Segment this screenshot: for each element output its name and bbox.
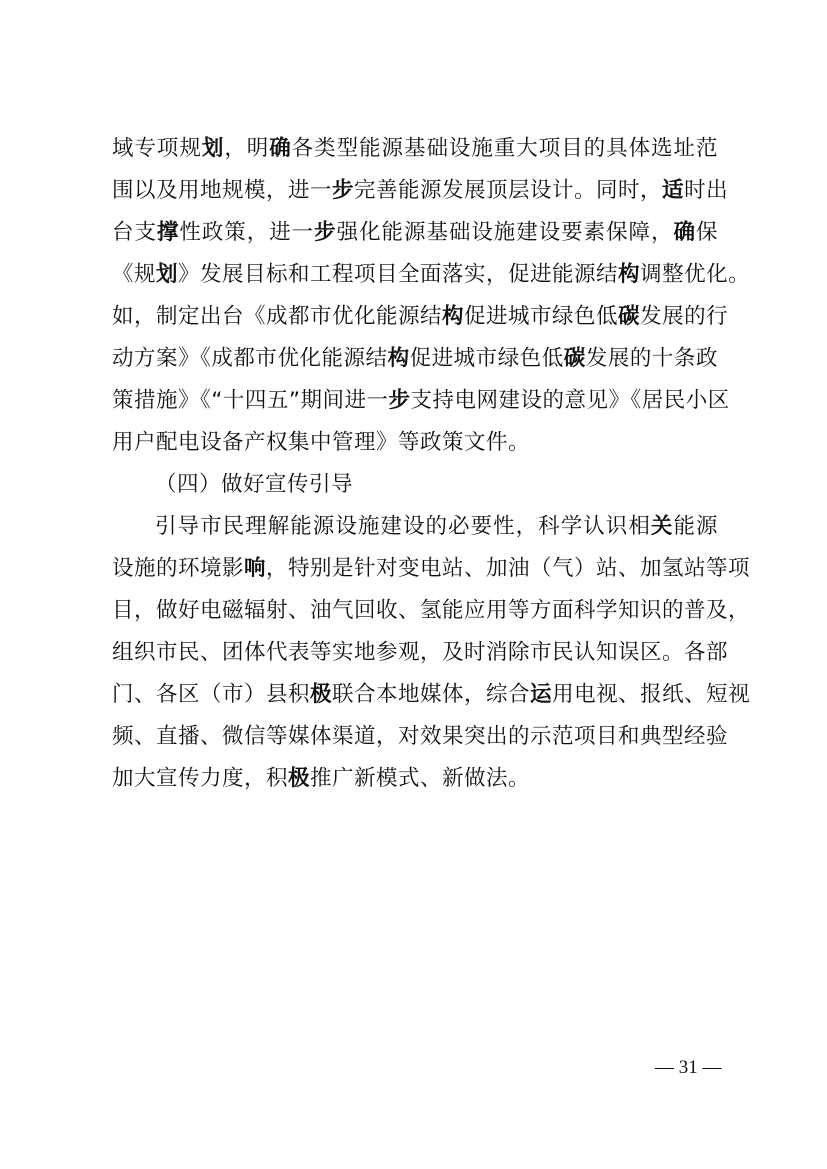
text-segment: 极 bbox=[310, 682, 332, 707]
text-segment: 划 bbox=[156, 262, 178, 287]
text-segment: 如，制定出台《成都市优化能源结 bbox=[112, 304, 442, 329]
text-segment: 构 bbox=[388, 346, 410, 371]
text-line: 组织市民、团体代表等实地参观，及时消除市民认知误区。各部 bbox=[112, 632, 718, 674]
text-segment: 调整优化。 bbox=[640, 262, 750, 287]
text-segment: 适 bbox=[662, 178, 684, 203]
text-segment: 构 bbox=[618, 262, 640, 287]
text-segment: 运 bbox=[530, 682, 552, 707]
text-segment: 门、各区（市）县积 bbox=[112, 682, 310, 707]
text-segment: 时出 bbox=[684, 178, 728, 203]
text-segment: 发展的十条政 bbox=[586, 346, 718, 371]
text-segment: （四）做好宣传引导 bbox=[155, 472, 353, 497]
text-segment: 保 bbox=[696, 220, 718, 245]
text-segment: 围以及用地规模，进一 bbox=[112, 178, 332, 203]
text-segment: 划 bbox=[202, 136, 224, 161]
page-number: — 31 — bbox=[655, 1057, 722, 1079]
document-page: 域专项规划，明确各类型能源基础设施重大项目的具体选址范围以及用地规模，进一步完善… bbox=[0, 0, 827, 1169]
text-segment: 目，做好电磁辐射、油气回收、氢能应用等方面科学知识的普及， bbox=[112, 598, 750, 623]
text-segment: 完善能源发展顶层设计。同时， bbox=[354, 178, 662, 203]
text-segment: 促进城市绿色低 bbox=[464, 304, 618, 329]
text-segment: 动方案》《成都市优化能源结 bbox=[112, 346, 388, 371]
text-segment: 组织市民、团体代表等实地参观，及时消除市民认知误区。各部 bbox=[112, 640, 728, 665]
text-line: 加大宣传力度，积极推广新模式、新做法。 bbox=[112, 758, 718, 800]
text-line: 引导市民理解能源设施建设的必要性，科学认识相关能源 bbox=[112, 506, 718, 548]
text-segment: 加大宣传力度，积 bbox=[112, 766, 288, 791]
text-segment: 引导市民理解能源设施建设的必要性，科学认识相 bbox=[155, 514, 651, 539]
text-line: 如，制定出台《成都市优化能源结构促进城市绿色低碳发展的行 bbox=[112, 296, 718, 338]
text-segment: 用户配电设备产权集中管理》等政策文件。 bbox=[112, 430, 530, 455]
text-segment: 响 bbox=[244, 556, 266, 581]
text-segment: 策措施》《“十四五”期间进一 bbox=[112, 388, 389, 413]
text-segment: 强化能源基础设施建设要素保障， bbox=[337, 220, 674, 245]
text-segment: 频、直播、微信等媒体渠道，对效果突出的示范项目和典型经验 bbox=[112, 724, 728, 749]
text-line: 设施的环境影响，特别是针对变电站、加油（气）站、加氢站等项 bbox=[112, 548, 718, 590]
text-segment: 碳 bbox=[618, 304, 640, 329]
text-segment: 促进城市绿色低 bbox=[410, 346, 564, 371]
text-segment: 确 bbox=[269, 136, 291, 161]
text-segment: 用电视、报纸、短视 bbox=[552, 682, 750, 707]
text-segment: 碳 bbox=[564, 346, 586, 371]
text-line: 域专项规划，明确各类型能源基础设施重大项目的具体选址范 bbox=[112, 128, 718, 170]
body-text: 域专项规划，明确各类型能源基础设施重大项目的具体选址范围以及用地规模，进一步完善… bbox=[112, 128, 718, 800]
text-segment: 支持电网建设的意见》《居民小区 bbox=[411, 388, 730, 413]
text-segment: 关 bbox=[651, 514, 674, 539]
text-segment: 联合本地媒体，综合 bbox=[332, 682, 530, 707]
text-line: 频、直播、微信等媒体渠道，对效果突出的示范项目和典型经验 bbox=[112, 716, 718, 758]
text-line: 台支撑性政策，进一步强化能源基础设施建设要素保障，确保 bbox=[112, 212, 718, 254]
text-segment: 发展的行 bbox=[640, 304, 728, 329]
text-segment: ，明 bbox=[224, 136, 269, 161]
text-segment: 性政策，进一 bbox=[179, 220, 314, 245]
text-line: 动方案》《成都市优化能源结构促进城市绿色低碳发展的十条政 bbox=[112, 338, 718, 380]
text-line: 用户配电设备产权集中管理》等政策文件。 bbox=[112, 422, 718, 464]
text-segment: 设施的环境影 bbox=[112, 556, 244, 581]
text-line: 策措施》《“十四五”期间进一步支持电网建设的意见》《居民小区 bbox=[112, 380, 718, 422]
text-line: 门、各区（市）县积极联合本地媒体，综合运用电视、报纸、短视 bbox=[112, 674, 718, 716]
text-segment: ，特别是针对变电站、加油（气）站、加氢站等项 bbox=[266, 556, 750, 581]
text-segment: 台支 bbox=[112, 220, 157, 245]
text-line: 《规划》发展目标和工程项目全面落实，促进能源结构调整优化。 bbox=[112, 254, 718, 296]
text-segment: 步 bbox=[389, 388, 411, 413]
text-segment: 步 bbox=[332, 178, 354, 203]
text-segment: 构 bbox=[442, 304, 464, 329]
text-segment: 撑 bbox=[157, 220, 179, 245]
text-segment: 步 bbox=[314, 220, 336, 245]
text-segment: 各类型能源基础设施重大项目的具体选址范 bbox=[292, 136, 718, 161]
text-line: 围以及用地规模，进一步完善能源发展顶层设计。同时，适时出 bbox=[112, 170, 718, 212]
text-segment: 《规 bbox=[112, 262, 156, 287]
text-segment: 能源 bbox=[673, 514, 718, 539]
text-segment: 推广新模式、新做法。 bbox=[310, 766, 530, 791]
text-segment: 》发展目标和工程项目全面落实，促进能源结 bbox=[178, 262, 618, 287]
text-segment: 极 bbox=[288, 766, 310, 791]
text-segment: 确 bbox=[673, 220, 695, 245]
text-segment: 域专项规 bbox=[112, 136, 202, 161]
text-line: 目，做好电磁辐射、油气回收、氢能应用等方面科学知识的普及， bbox=[112, 590, 718, 632]
section-heading: （四）做好宣传引导 bbox=[112, 464, 718, 506]
